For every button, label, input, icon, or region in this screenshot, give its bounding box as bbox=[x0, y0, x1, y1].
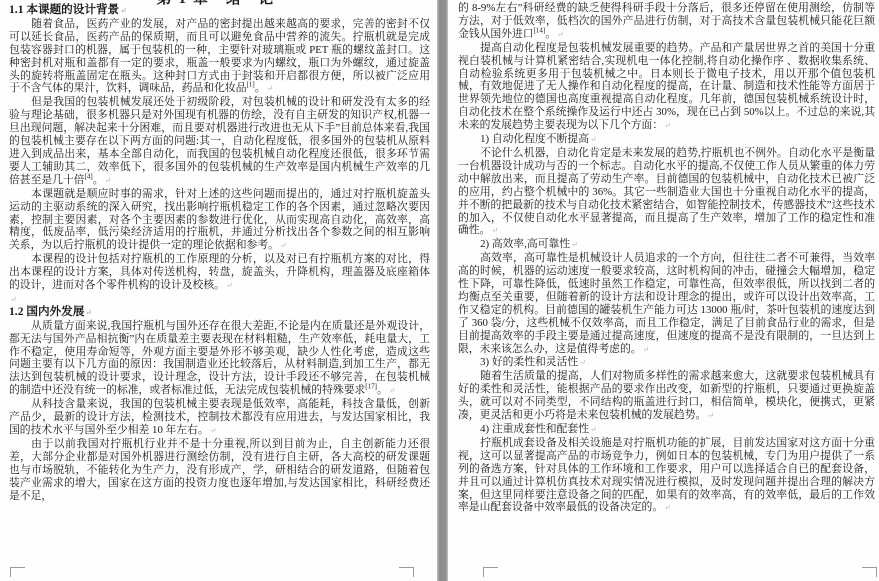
paragraph: 提高自动化程度是包装机械发展重要的趋势。产品和产量居世界之首的美国十分重视白装机… bbox=[458, 42, 875, 133]
paragraph-mark: ↵ bbox=[590, 135, 597, 144]
paragraph-mark: ↵ bbox=[707, 411, 714, 420]
paragraph-mark: ↵ bbox=[10, 295, 17, 304]
page-left: 第1章 绪 论 1.1 本课题的设计背景↵随着食品，医药产业的发展，对产品的密封… bbox=[0, 0, 437, 581]
paragraph-mark: ↵ bbox=[571, 240, 578, 249]
paragraph-mark: ↵ bbox=[557, 30, 564, 39]
paragraph-mark: ↵ bbox=[85, 308, 92, 317]
citation-superscript: [14] bbox=[534, 26, 546, 34]
text-boundary-mark bbox=[399, 567, 414, 577]
section-heading: 1.1 本课题的设计背景↵ bbox=[9, 4, 430, 18]
paragraph: 本课题就是顺应时事的需求，针对上述的这些问题而提出的，通过对拧瓶机旋盖头运动的主… bbox=[9, 188, 430, 254]
page-gap bbox=[437, 0, 448, 581]
paragraph: 拧瓶机成套设备及相关设施是对拧瓶机功能的扩展，目前发达国家对这方面十分重视，这可… bbox=[458, 437, 875, 515]
citation-superscript: [17] bbox=[365, 383, 377, 391]
numbered-item: 4) 注重成套性和配套性↵ bbox=[458, 423, 875, 437]
paragraph-mark: ↵ bbox=[389, 386, 396, 395]
paragraph: 高效率，高可靠性是机械设计人员追求的一个方向，但往往二者不可兼得，当效率高的时候… bbox=[458, 252, 875, 356]
paragraph: 从科技含量来说，我国的包装机械主要表现是低效率，高能耗，科技含量低，创新产品少，… bbox=[9, 398, 430, 438]
text-boundary-mark bbox=[10, 567, 25, 577]
paragraph: 本课程的设计包括对拧瓶机的工作原理的分析，以及对已有拧瓶机方案的对比，得出本课程… bbox=[9, 253, 430, 293]
paragraph-mark: ↵ bbox=[664, 121, 671, 130]
paragraph-mark: ↵ bbox=[105, 176, 112, 185]
paragraph-mark: ↵ bbox=[664, 503, 671, 512]
text-boundary-mark bbox=[862, 567, 877, 577]
citation-superscript: [4] bbox=[85, 172, 93, 180]
paragraph: 从质量方面来说,我国拧瓶机与国外还存在很大差距,不论是内在质量还是外观设计，都无… bbox=[9, 320, 430, 398]
right-page-text-column: 的 8-9%左右”科研经费的缺乏使得科研手段十分落后，很多还停留在使用测绘，仿制… bbox=[458, 2, 875, 515]
numbered-item: 2) 高效率,高可靠性↵ bbox=[458, 238, 875, 252]
numbered-item: 1) 自动化程度不断提高↵ bbox=[458, 133, 875, 147]
paragraph-mark: ↵ bbox=[280, 241, 287, 250]
paragraph: 不论什么机器，自动化肯定是未来发展的趋势,拧瓶机也不例外。自动化水平是衡量一台机… bbox=[458, 147, 875, 238]
paragraph: 但是我国的包装机械发展还处于初级阶段，对包装机械的设计和研发没有太多的经验与理论… bbox=[9, 96, 430, 187]
page-right: 的 8-9%左右”科研经费的缺乏使得科研手段十分落后，很多还停留在使用测绘，仿制… bbox=[448, 0, 879, 581]
text-boundary-mark bbox=[483, 567, 498, 577]
paragraph-mark: ↵ bbox=[643, 345, 650, 354]
paragraph-mark: ↵ bbox=[590, 425, 597, 434]
paragraph-mark: ↵ bbox=[579, 358, 586, 367]
document-viewer: { "document": { "chapter_heading_clipped… bbox=[0, 0, 879, 581]
section-heading: 1.2 国内外发展↵ bbox=[9, 306, 430, 320]
paragraph-mark: ↵ bbox=[267, 84, 274, 93]
citation-superscript: [1] bbox=[247, 81, 255, 89]
paragraph: 由于以前我国对拧瓶机行业并不是十分重视,所以到目前为止，自主创新能力还很差，大部… bbox=[9, 438, 430, 503]
paragraph-mark: ↵ bbox=[491, 226, 498, 235]
left-page-text-column: 1.1 本课题的设计背景↵随着食品，医药产业的发展，对产品的密封提出越来越高的要… bbox=[9, 4, 430, 502]
paragraph: 随着生活质量的提高，人们对物质多样性的需求越来愈大，这就要求包装机械具有好的柔性… bbox=[458, 370, 875, 423]
paragraph-mark: ↵ bbox=[120, 6, 127, 15]
paragraph: 随着食品，医药产业的发展，对产品的密封提出越来越高的要求，完善的密封不仅可以延长… bbox=[9, 18, 430, 96]
paragraph-mark: ↵ bbox=[226, 281, 233, 290]
paragraph: 的 8-9%左右”科研经费的缺乏使得科研手段十分落后，很多还停留在使用测绘，仿制… bbox=[458, 2, 875, 42]
numbered-item: 3) 好的柔性和灵活性↵ bbox=[458, 356, 875, 370]
paragraph-mark: ↵ bbox=[210, 426, 217, 435]
